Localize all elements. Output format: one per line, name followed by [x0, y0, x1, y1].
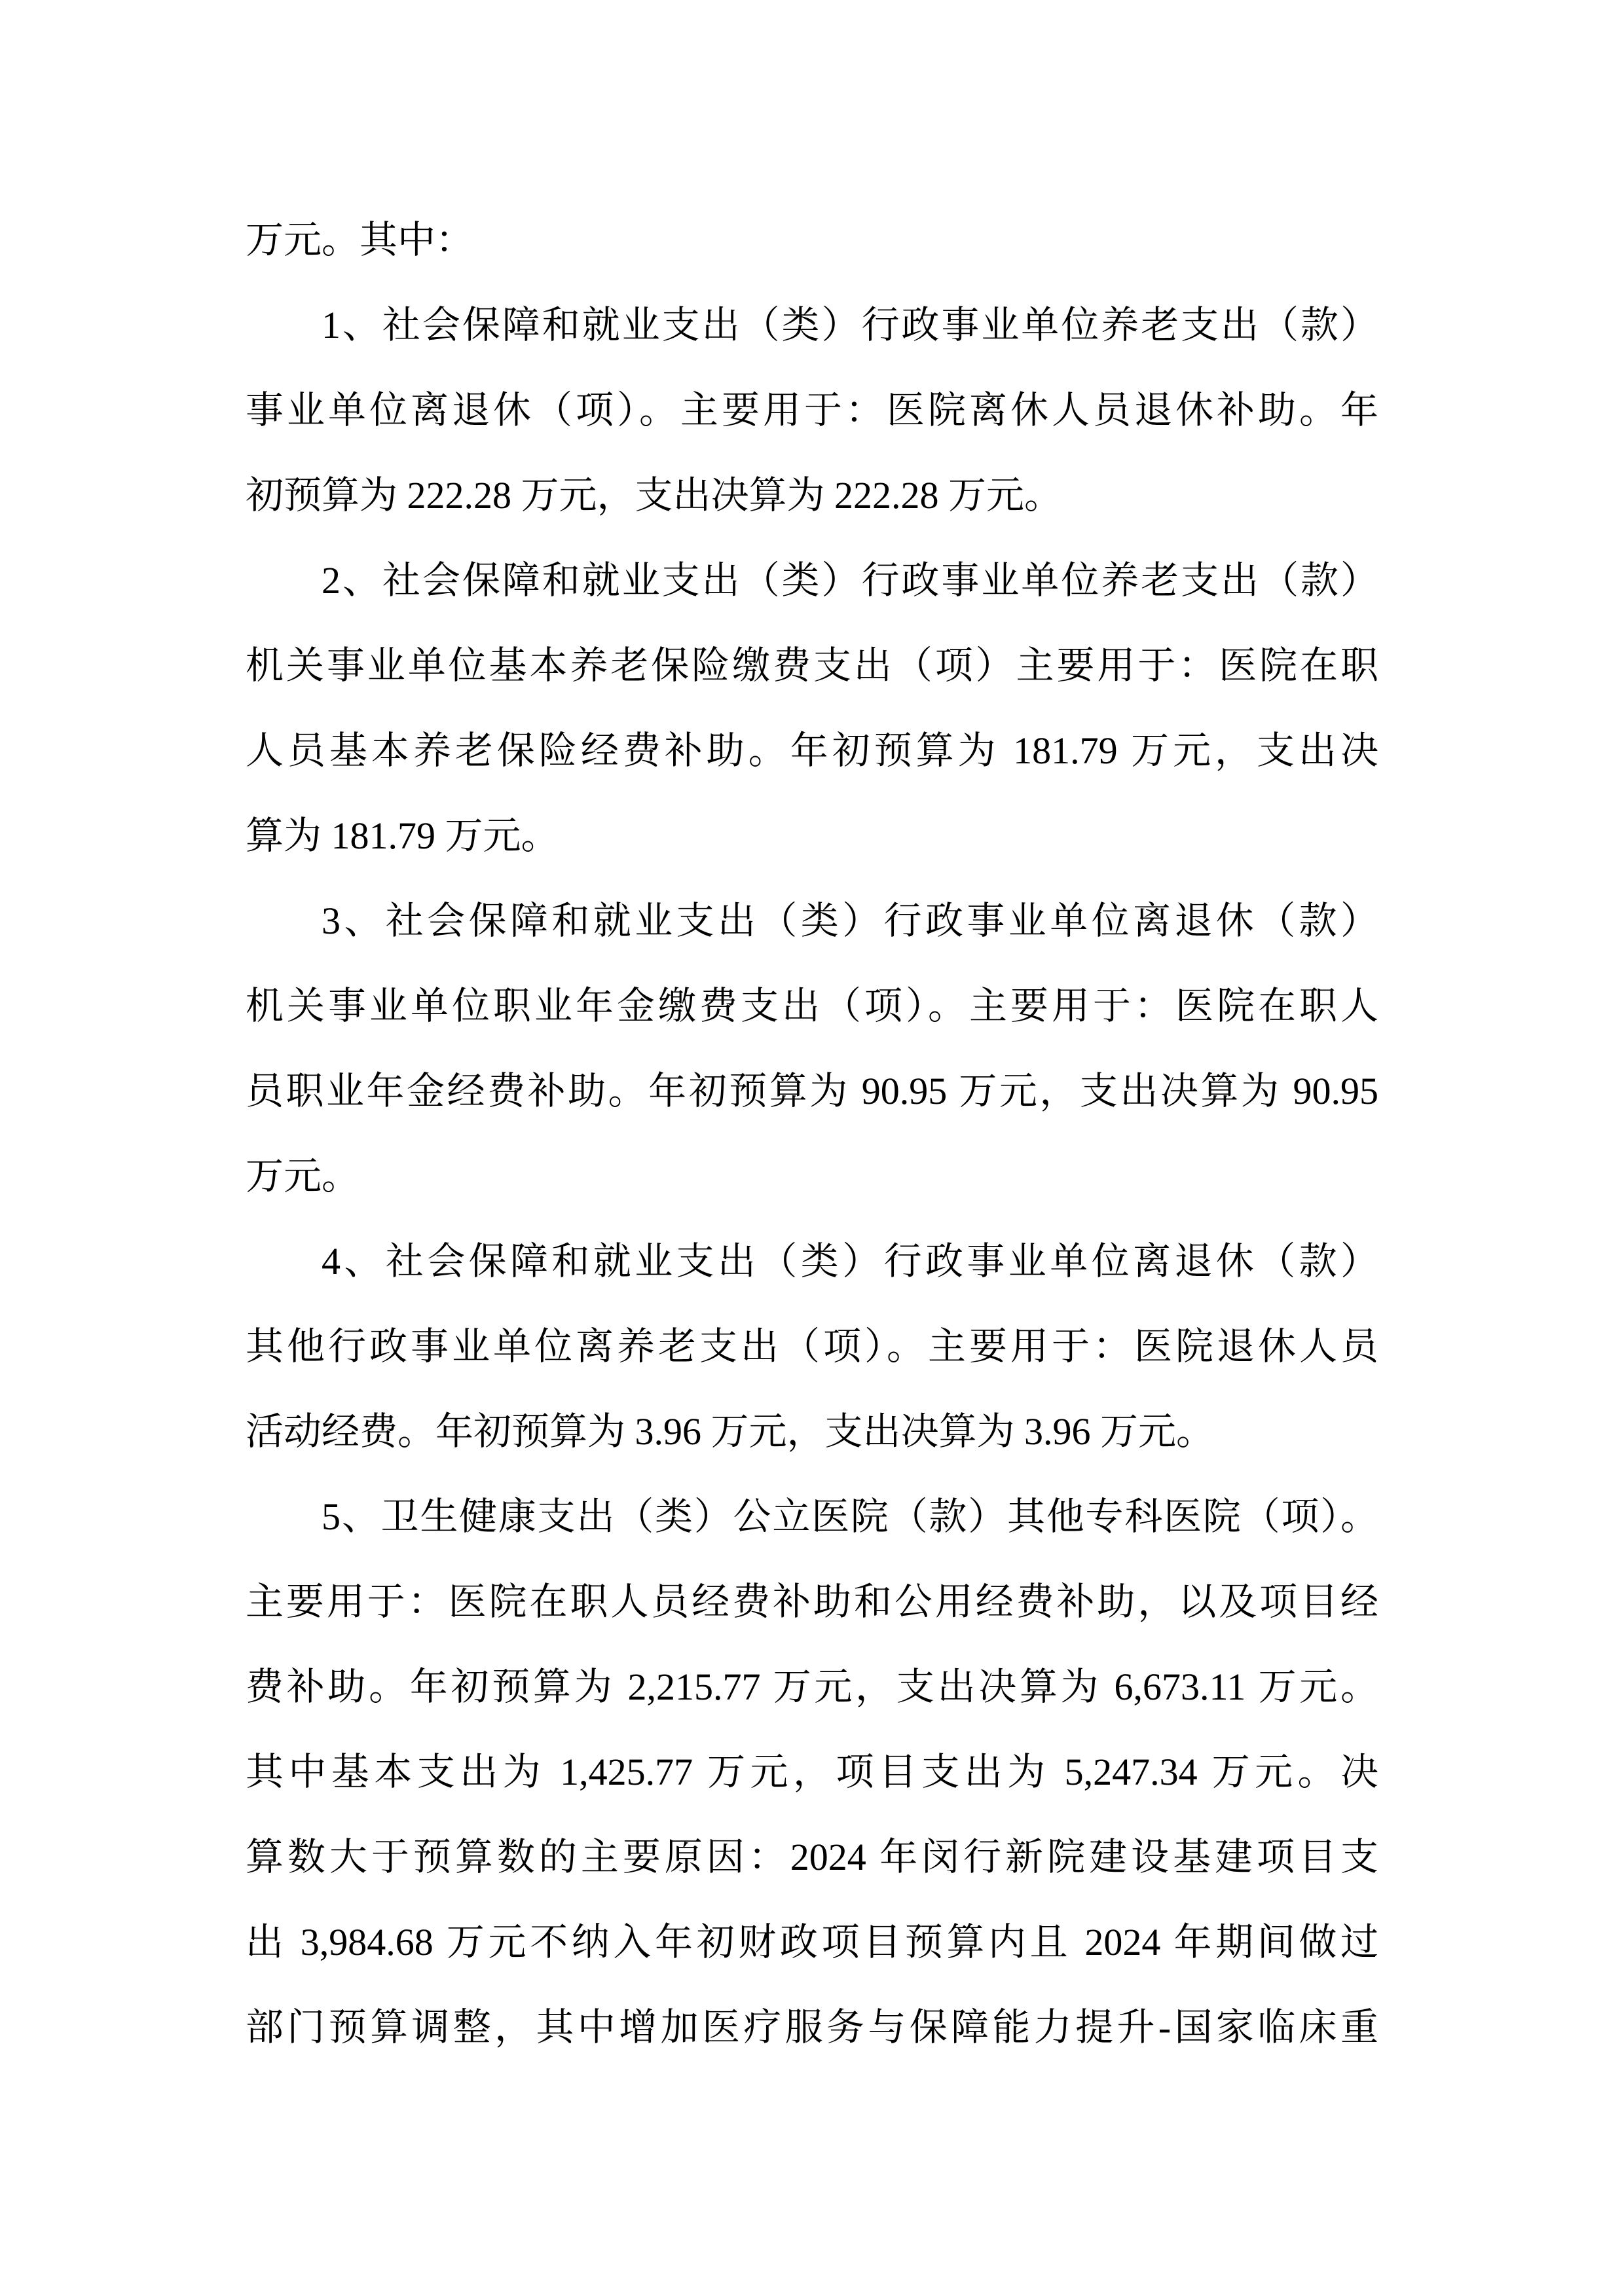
text-line: 活动经费。年初预算为 3.96 万元，支出决算为 3.96 万元。 — [246, 1389, 1378, 1474]
text-line: 算为 181.79 万元。 — [246, 793, 1378, 879]
text-line: 员职业年金经费补助。年初预算为 90.95 万元，支出决算为 90.95 — [246, 1049, 1378, 1134]
text-line: 初预算为 222.28 万元，支出决算为 222.28 万元。 — [246, 453, 1378, 538]
text-line: 人员基本养老保险经费补助。年初预算为 181.79 万元，支出决 — [246, 708, 1378, 793]
text-line: 事业单位离退休（项）。主要用于：医院离休人员退休补助。年 — [246, 368, 1378, 453]
text-line: 机关事业单位基本养老保险缴费支出（项）主要用于：医院在职 — [246, 623, 1378, 708]
text-line: 出 3,984.68 万元不纳入年初财政项目预算内且 2024 年期间做过 — [246, 1900, 1378, 1985]
paragraph: 3、社会保障和就业支出（类）行政事业单位离退休（款）机关事业单位职业年金缴费支出… — [246, 879, 1378, 1219]
text-line: 算数大于预算数的主要原因：2024 年闵行新院建设基建项目支 — [246, 1815, 1378, 1900]
paragraph: 2、社会保障和就业支出（类）行政事业单位养老支出（款）机关事业单位基本养老保险缴… — [246, 538, 1378, 879]
text-line: 万元。 — [246, 1134, 1378, 1219]
text-line: 其他行政事业单位离养老支出（项）。主要用于：医院退休人员 — [246, 1304, 1378, 1389]
paragraph: 5、卫生健康支出（类）公立医院（款）其他专科医院（项）。主要用于：医院在职人员经… — [246, 1474, 1378, 2070]
text-line: 5、卫生健康支出（类）公立医院（款）其他专科医院（项）。 — [246, 1474, 1378, 1559]
text-line: 1、社会保障和就业支出（类）行政事业单位养老支出（款） — [246, 283, 1378, 368]
text-line: 万元。其中： — [246, 198, 1378, 283]
document-page: 万元。其中：1、社会保障和就业支出（类）行政事业单位养老支出（款）事业单位离退休… — [0, 0, 1624, 2296]
text-line: 2、社会保障和就业支出（类）行政事业单位养老支出（款） — [246, 538, 1378, 623]
paragraph: 1、社会保障和就业支出（类）行政事业单位养老支出（款）事业单位离退休（项）。主要… — [246, 283, 1378, 538]
text-line: 部门预算调整，其中增加医疗服务与保障能力提升-国家临床重 — [246, 1985, 1378, 2070]
text-line: 费补助。年初预算为 2,215.77 万元，支出决算为 6,673.11 万元。 — [246, 1645, 1378, 1730]
text-line: 4、社会保障和就业支出（类）行政事业单位离退休（款） — [246, 1219, 1378, 1304]
text-line: 3、社会保障和就业支出（类）行政事业单位离退休（款） — [246, 879, 1378, 964]
text-line: 机关事业单位职业年金缴费支出（项）。主要用于：医院在职人 — [246, 964, 1378, 1049]
text-line: 其中基本支出为 1,425.77 万元，项目支出为 5,247.34 万元。决 — [246, 1730, 1378, 1815]
text-line: 主要用于：医院在职人员经费补助和公用经费补助，以及项目经 — [246, 1559, 1378, 1645]
paragraph: 万元。其中： — [246, 198, 1378, 283]
text-block: 万元。其中：1、社会保障和就业支出（类）行政事业单位养老支出（款）事业单位离退休… — [246, 198, 1378, 2070]
paragraph: 4、社会保障和就业支出（类）行政事业单位离退休（款）其他行政事业单位离养老支出（… — [246, 1219, 1378, 1474]
